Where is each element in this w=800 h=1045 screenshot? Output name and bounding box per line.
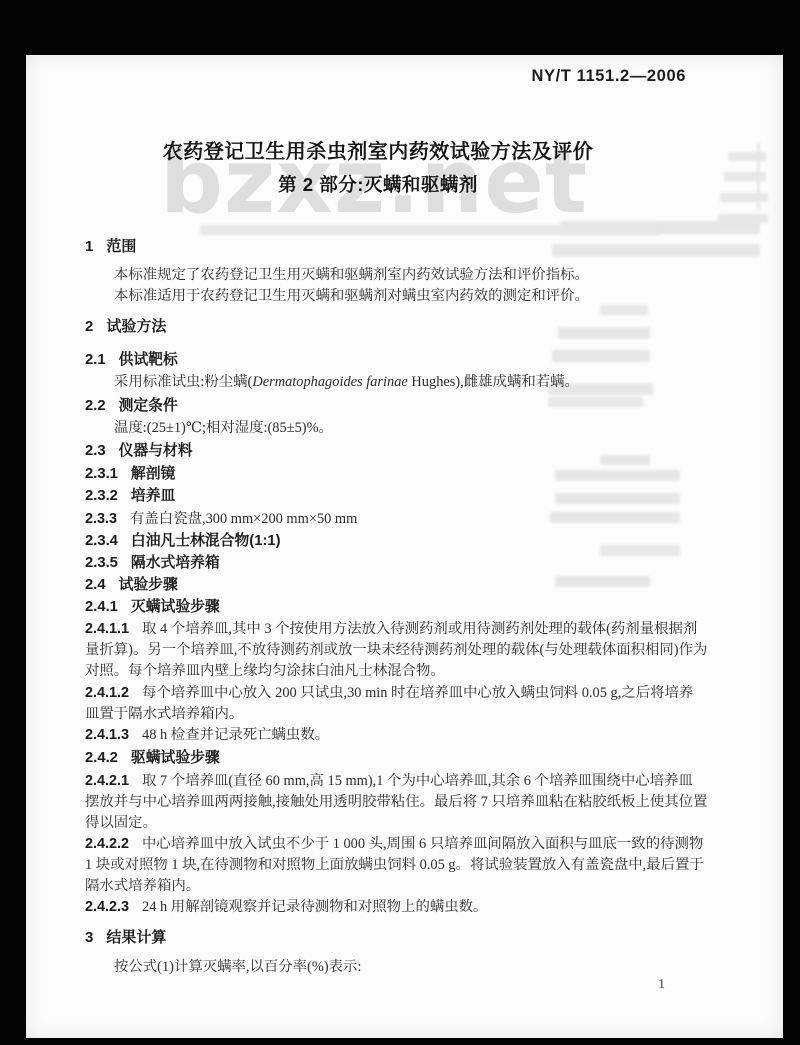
clause-heading: 2.3.2培养皿	[85, 486, 707, 507]
clause-number: 2.4.1.2	[85, 685, 129, 701]
clause-heading: 2.1供试靶标	[85, 350, 707, 371]
clause-heading: 2.4试验步骤	[85, 575, 707, 596]
body-text-line: 温度:(25±1)℃;相对湿度:(85±5)%。	[85, 418, 707, 439]
clause-heading: 2.4.2驱螨试验步骤	[85, 748, 707, 769]
body-text-line: 隔水式培养箱内。	[85, 876, 707, 897]
standard-code: NY/T 1151.2—2006	[531, 67, 686, 86]
body-text-line: 量折算)。另一个培养皿,不放待测药剂或放一块未经待测药剂处理的载体(与处理载体面…	[85, 640, 707, 661]
page-number: 1	[658, 977, 665, 993]
section-heading: 2试验方法	[85, 316, 707, 337]
scan-border-top	[0, 0, 800, 55]
clause-number: 2.2	[85, 398, 106, 414]
body-text-line: 摆放并与中心培养皿两两接触,接触处用透明胶带粘住。最后将 7 只培养皿粘在粘胶纸…	[85, 792, 707, 813]
clause-number: 2.4.2.1	[85, 773, 129, 789]
scan-border-bottom	[0, 1038, 800, 1045]
clause-number: 2.4.2.3	[85, 899, 129, 915]
clause-number: 1	[85, 238, 93, 255]
scanned-document: NY/T 1151.2—2006 bzxz.net 农药登记卫生用杀虫剂室内药效…	[0, 0, 800, 1045]
document-title: 农药登记卫生用杀虫剂室内药效试验方法及评价 第 2 部分:灭螨和驱螨剂	[78, 135, 678, 197]
clause-heading: 2.3.5隔水式培养箱	[85, 553, 707, 574]
body-text-line: 2.3.3有盖白瓷盘,300 mm×200 mm×50 mm	[85, 509, 707, 530]
body-text-line: 得以固定。	[85, 813, 707, 834]
document-page: NY/T 1151.2—2006 bzxz.net 农药登记卫生用杀虫剂室内药效…	[26, 55, 783, 1038]
clause-number: 2.3	[85, 443, 106, 459]
clause-number: 2	[85, 318, 93, 335]
title-line-1: 农药登记卫生用杀虫剂室内药效试验方法及评价	[78, 135, 678, 164]
bleed-through-artifact	[720, 193, 768, 202]
clause-number: 2.3.1	[85, 466, 118, 482]
clause-number: 2.3.4	[85, 533, 118, 549]
clause-heading: 2.3仪器与材料	[85, 441, 707, 462]
bleed-through-artifact	[718, 214, 768, 223]
clause-number: 2.4.2.2	[85, 836, 129, 852]
clause-number: 2.3.5	[85, 555, 118, 571]
body-text-line: 2.4.2.2中心培养皿中放入试虫不少于 1 000 头,周围 6 只培养皿间隔…	[85, 834, 707, 855]
body-text-line: 2.4.1.1取 4 个培养皿,其中 3 个按使用方法放入待测药剂或用待测药剂处…	[85, 619, 707, 640]
clause-heading: 2.4.1灭螨试验步骤	[85, 597, 707, 618]
clause-number: 2.4.1.1	[85, 621, 129, 637]
document-body: 1范围本标准规定了农药登记卫生用灭螨和驱螨剂室内药效试验方法和评价指标。本标准适…	[85, 236, 707, 978]
title-line-2: 第 2 部分:灭螨和驱螨剂	[78, 171, 678, 197]
bleed-through-artifact	[724, 172, 766, 181]
section-heading: 3结果计算	[85, 927, 707, 948]
clause-number: 2.4	[85, 577, 106, 593]
bleed-through-artifact	[200, 225, 660, 235]
body-text-line: 2.4.2.1取 7 个培养皿(直径 60 mm,高 15 mm),1 个为中心…	[85, 771, 707, 792]
scan-border-right	[783, 0, 800, 1045]
body-text-line: 采用标准试虫:粉尘螨(Dermatophagoides farinae Hugh…	[85, 372, 707, 393]
body-text-line: 1 块或对照物 1 块,在待测物和对照物上面放螨虫饲料 0.05 g。将试验装置…	[85, 855, 707, 876]
clause-number: 3	[85, 929, 93, 946]
body-text-line: 2.4.1.348 h 检查并记录死亡螨虫数。	[85, 725, 707, 746]
body-text-line: 对照。每个培养皿内壁上缘均匀涂抹白油凡士林混合物。	[85, 661, 707, 682]
body-text-line: 皿置于隔水式培养箱内。	[85, 704, 707, 725]
clause-number: 2.4.1.3	[85, 727, 129, 743]
body-text-line: 2.4.1.2每个培养皿中心放入 200 只试虫,30 min 时在培养皿中心放…	[85, 683, 707, 704]
clause-heading: 2.2测定条件	[85, 396, 707, 417]
clause-number: 2.1	[85, 352, 106, 368]
section-heading: 1范围	[85, 236, 707, 257]
clause-heading: 2.3.1解剖镜	[85, 464, 707, 485]
body-text-line: 本标准规定了农药登记卫生用灭螨和驱螨剂室内药效试验方法和评价指标。	[85, 265, 707, 286]
body-text-line: 按公式(1)计算灭螨率,以百分率(%)表示:	[85, 957, 707, 978]
clause-number: 2.3.3	[85, 511, 117, 527]
clause-number: 2.4.1	[85, 599, 118, 615]
scan-border-left	[0, 0, 26, 1045]
body-text-line: 2.4.2.324 h 用解剖镜观察并记录待测物和对照物上的螨虫数。	[85, 897, 707, 918]
body-text-line: 本标准适用于农药登记卫生用灭螨和驱螨剂对螨虫室内药效的测定和评价。	[85, 286, 707, 307]
clause-number: 2.3.2	[85, 488, 118, 504]
clause-heading: 2.3.4白油凡士林混合物(1:1)	[85, 531, 707, 552]
clause-number: 2.4.2	[85, 750, 118, 766]
bleed-through-artifact	[728, 152, 766, 161]
